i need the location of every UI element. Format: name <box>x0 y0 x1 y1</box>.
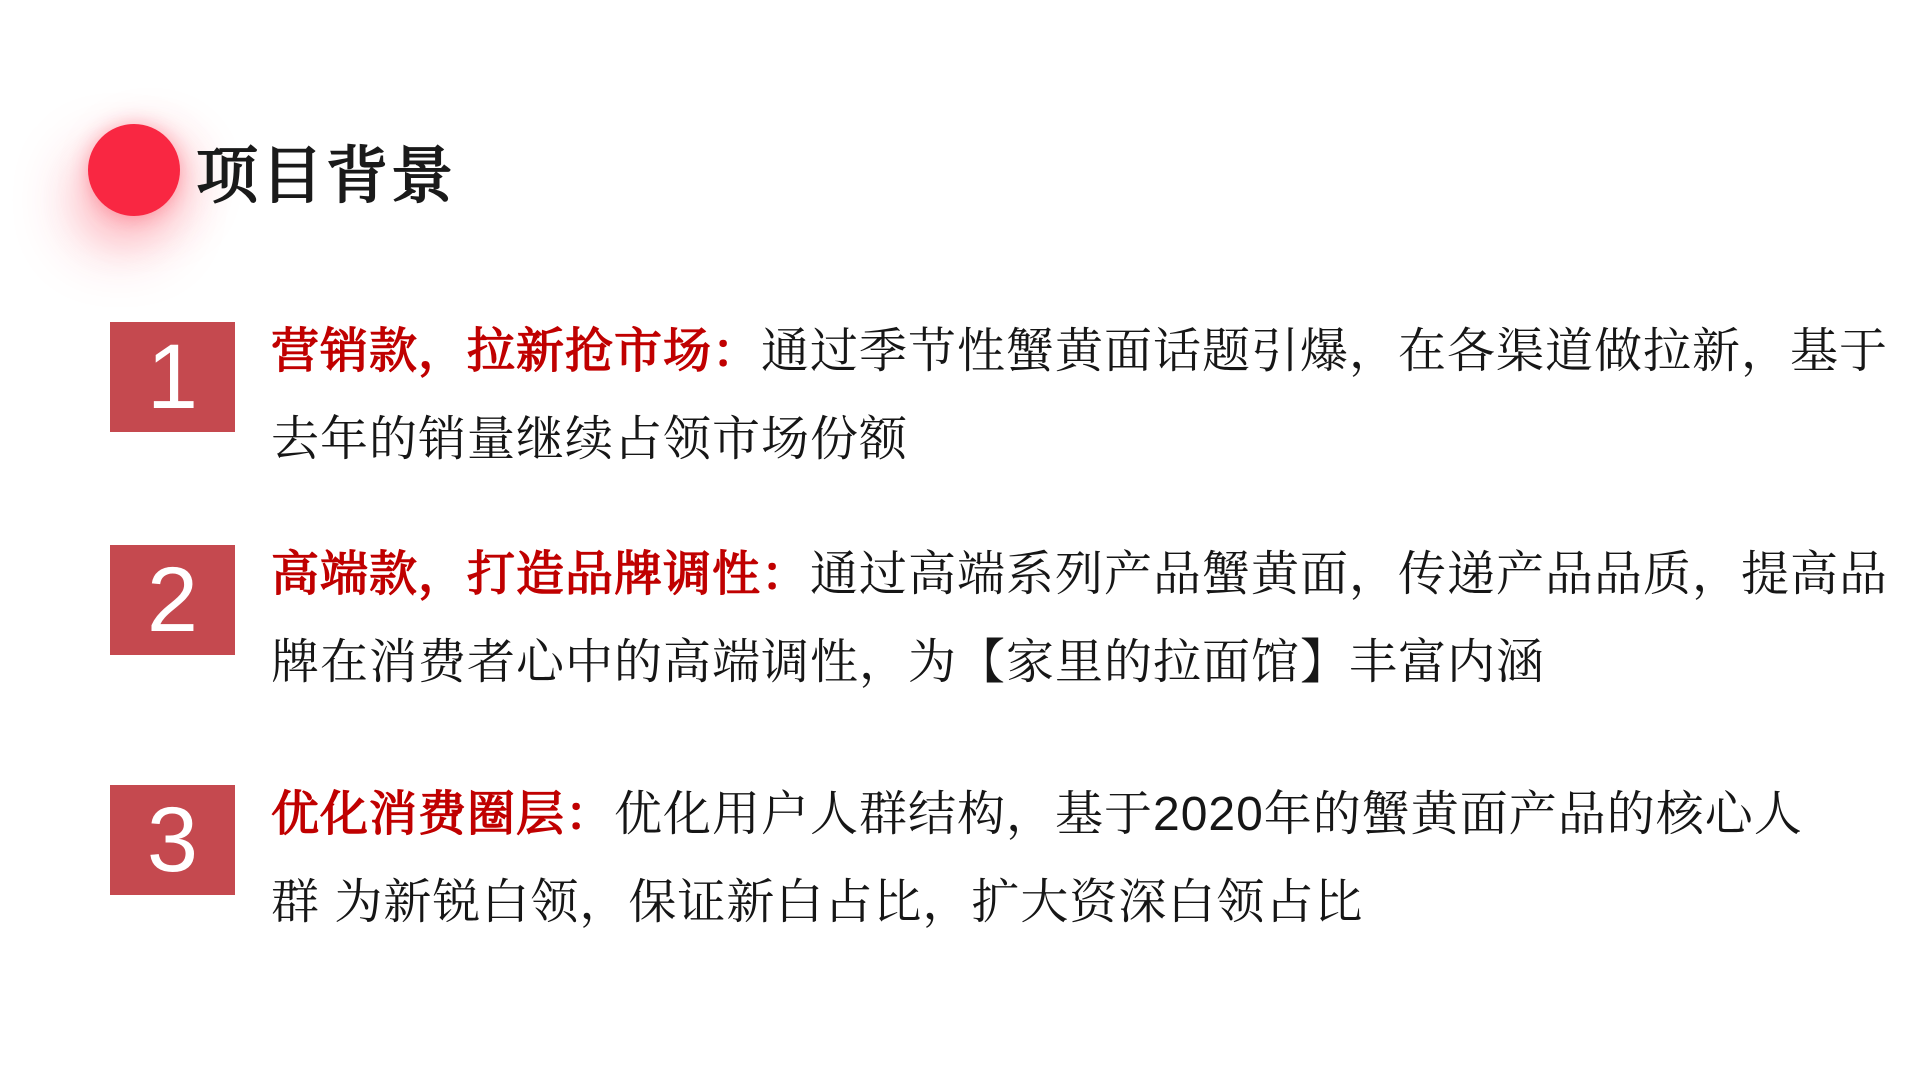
red-bullet-circle-icon <box>88 124 180 216</box>
slide-header: 项目背景 <box>88 124 456 216</box>
item-heading: 高端款，打造品牌调性： <box>271 548 810 601</box>
list-item-3: 3 优化消费圈层：优化用户人群结构，基于2020年的蟹黄面产品的核心人 群 为新… <box>110 771 1911 947</box>
item-heading: 优化消费圈层： <box>271 788 614 841</box>
item-text: 优化消费圈层：优化用户人群结构，基于2020年的蟹黄面产品的核心人 群 为新锐白… <box>271 771 1911 947</box>
item-heading: 营销款，拉新抢市场： <box>271 325 761 378</box>
list-item-2: 2 高端款，打造品牌调性：通过高端系列产品蟹黄面，传递产品品质，提高品 牌在消费… <box>110 531 1911 707</box>
item-number-badge: 3 <box>110 785 235 895</box>
presentation-slide: 项目背景 1 营销款，拉新抢市场：通过季节性蟹黄面话题引爆，在各渠道做拉新，基于… <box>0 0 1920 1080</box>
page-title: 项目背景 <box>196 126 456 215</box>
list-item-1: 1 营销款，拉新抢市场：通过季节性蟹黄面话题引爆，在各渠道做拉新，基于 去年的销… <box>110 308 1911 484</box>
item-text: 高端款，打造品牌调性：通过高端系列产品蟹黄面，传递产品品质，提高品 牌在消费者心… <box>271 531 1911 707</box>
item-number-badge: 2 <box>110 545 235 655</box>
item-number-badge: 1 <box>110 322 235 432</box>
item-text: 营销款，拉新抢市场：通过季节性蟹黄面话题引爆，在各渠道做拉新，基于 去年的销量继… <box>271 308 1911 484</box>
